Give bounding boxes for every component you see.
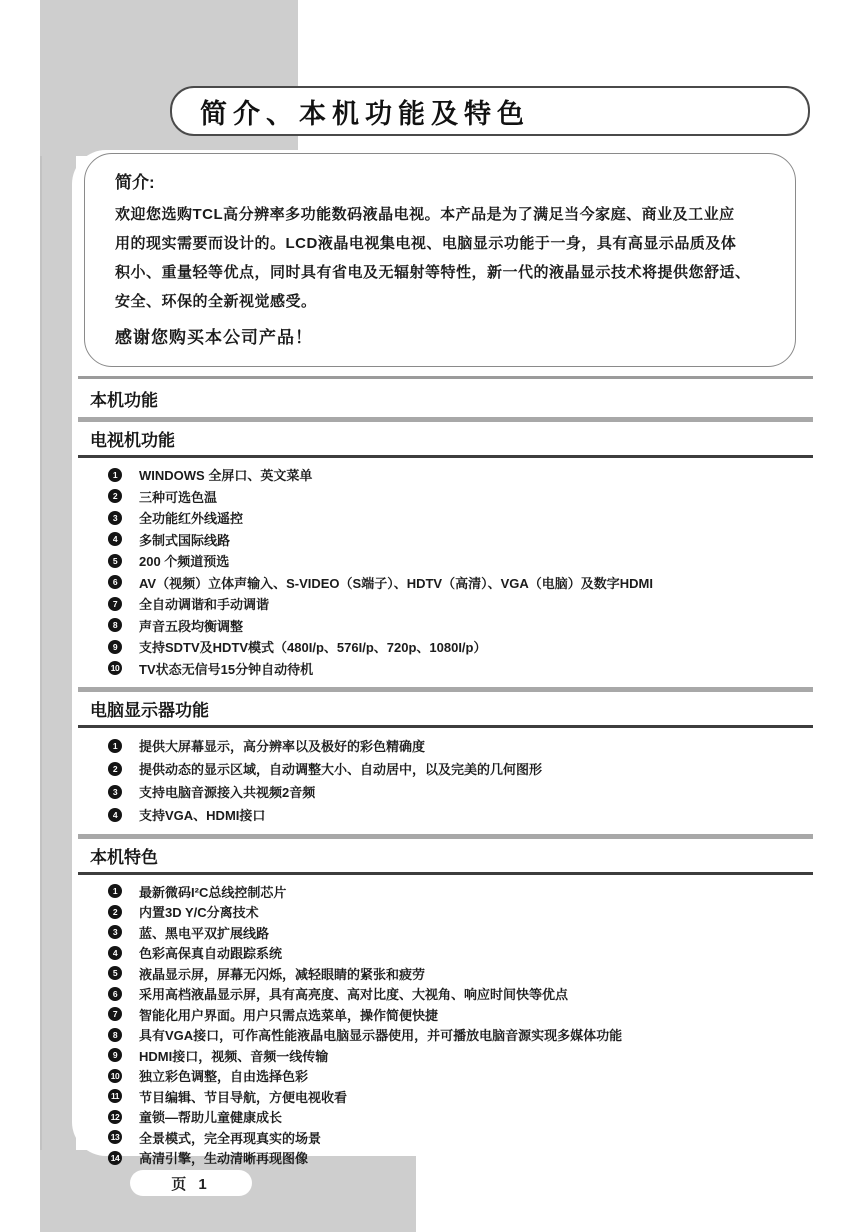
list-item-text: 支持SDTV及HDTV模式（480I/p、576I/p、720p、1080I/p… <box>139 637 486 656</box>
list-item: 8 声音五段均衡调整 <box>108 615 813 637</box>
list-item-text: 全自动调谐和手动调谐 <box>139 594 269 613</box>
list-item-text: 提供大屏幕显示，高分辨率以及极好的彩色精确度 <box>139 736 425 755</box>
numbered-bullet-icon: 9 <box>108 1048 122 1062</box>
list-item-text: 三种可选色温 <box>139 487 217 506</box>
list-item-text: 提供动态的显示区域，自动调整大小、自动居中，以及完美的几何图形 <box>139 759 542 778</box>
list-item: 7 智能化用户界面。用户只需点选菜单，操作简便快捷 <box>108 1004 813 1025</box>
list-item-text: AV（视频）立体声输入、S-VIDEO（S端子）、HDTV（高清）、VGA（电脑… <box>139 573 653 592</box>
page-gray-left-strip <box>40 0 76 1232</box>
numbered-bullet-icon: 7 <box>108 597 122 611</box>
numbered-bullet-icon: 6 <box>108 575 122 589</box>
list-item-text: 声音五段均衡调整 <box>139 616 243 635</box>
sections-area: 本机功能 电视机功能 1 WINDOWS 全屏口、英文菜单 2 三种可选色温 3… <box>78 376 813 1168</box>
intro-thanks-line: 感谢您购买本公司产品！ <box>115 323 769 348</box>
section-divider <box>78 872 813 875</box>
page-number-label: 页 1 <box>171 1173 211 1194</box>
intro-box: 简介: 欢迎您选购TCL高分辨率多功能数码液晶电视。本产品是为了满足当今家庭、商… <box>84 153 796 367</box>
numbered-bullet-icon: 8 <box>108 618 122 632</box>
numbered-bullet-icon: 12 <box>108 1110 122 1124</box>
numbered-bullet-icon: 13 <box>108 1130 122 1144</box>
numbered-bullet-icon: 5 <box>108 966 122 980</box>
list-item-text: 蓝、黑电平双扩展线路 <box>139 923 269 942</box>
numbered-bullet-icon: 6 <box>108 987 122 1001</box>
section-divider <box>78 725 813 728</box>
list-item: 5 200 个频道预选 <box>108 550 813 572</box>
numbered-bullet-icon: 3 <box>108 925 122 939</box>
list-item-text: 高清引擎，生动清晰再现图像 <box>139 1148 308 1167</box>
list-item: 8 具有VGA接口，可作高性能液晶电脑显示器使用，并可播放电脑音源实现多媒体功能 <box>108 1025 813 1046</box>
list-item: 2 三种可选色温 <box>108 486 813 508</box>
numbered-bullet-icon: 9 <box>108 640 122 654</box>
numbered-bullet-icon: 5 <box>108 554 122 568</box>
list-item: 1 WINDOWS 全屏口、英文菜单 <box>108 464 813 486</box>
section-header-overview: 本机功能 <box>78 379 813 417</box>
list-item-text: 全景模式，完全再现真实的场景 <box>139 1128 321 1147</box>
page-title-box: 简介、本机功能及特色 <box>170 86 810 136</box>
list-item-text: 节目编辑、节目导航，方便电视收看 <box>139 1087 347 1106</box>
list-item-text: 支持VGA、HDMI接口 <box>139 805 265 824</box>
numbered-bullet-icon: 3 <box>108 511 122 525</box>
features-list: 1 最新微码I²C总线控制芯片 2 内置3D Y/C分离技术 3 蓝、黑电平双扩… <box>78 881 813 1168</box>
list-item: 5 液晶显示屏，屏幕无闪烁，减轻眼睛的紧张和疲劳 <box>108 963 813 984</box>
list-item: 10 TV状态无信号15分钟自动待机 <box>108 658 813 680</box>
pc-feature-list: 1 提供大屏幕显示，高分辨率以及极好的彩色精确度 2 提供动态的显示区域，自动调… <box>78 734 813 826</box>
list-item-text: 智能化用户界面。用户只需点选菜单，操作简便快捷 <box>139 1005 438 1024</box>
numbered-bullet-icon: 4 <box>108 532 122 546</box>
list-item: 4 多制式国际线路 <box>108 529 813 551</box>
list-item-text: HDMI接口，视频、音频一线传输 <box>139 1046 328 1065</box>
list-item: 6 AV（视频）立体声输入、S-VIDEO（S端子）、HDTV（高清）、VGA（… <box>108 572 813 594</box>
numbered-bullet-icon: 3 <box>108 785 122 799</box>
list-item: 4 色彩高保真自动跟踪系统 <box>108 943 813 964</box>
numbered-bullet-icon: 2 <box>108 762 122 776</box>
list-item-text: TV状态无信号15分钟自动待机 <box>139 659 313 678</box>
list-item: 14 高清引擎，生动清晰再现图像 <box>108 1148 813 1169</box>
list-item: 7 全自动调谐和手动调谐 <box>108 593 813 615</box>
numbered-bullet-icon: 2 <box>108 489 122 503</box>
intro-paragraph-line: 欢迎您选购TCL高分辨率多功能数码液晶电视。本产品是为了满足当今家庭、商业及工业… <box>115 200 769 229</box>
list-item-text: 最新微码I²C总线控制芯片 <box>139 882 286 901</box>
page-number-pill: 页 1 <box>130 1170 252 1196</box>
list-item-text: 内置3D Y/C分离技术 <box>139 902 259 921</box>
section-divider <box>78 455 813 458</box>
intro-paragraph: 欢迎您选购TCL高分辨率多功能数码液晶电视。本产品是为了满足当今家庭、商业及工业… <box>115 200 769 316</box>
numbered-bullet-icon: 1 <box>108 884 122 898</box>
page-title: 简介、本机功能及特色 <box>172 92 530 131</box>
list-item: 10 独立彩色调整，自由选择色彩 <box>108 1066 813 1087</box>
list-item-text: WINDOWS 全屏口、英文菜单 <box>139 465 312 484</box>
numbered-bullet-icon: 4 <box>108 808 122 822</box>
numbered-bullet-icon: 1 <box>108 739 122 753</box>
list-item: 13 全景模式，完全再现真实的场景 <box>108 1127 813 1148</box>
numbered-bullet-icon: 4 <box>108 946 122 960</box>
section-header-tv: 电视机功能 <box>78 422 813 455</box>
intro-paragraph-line: 积小、重量轻等优点，同时具有省电及无辐射等特性，新一代的液晶显示技术将提供您舒适… <box>115 258 769 287</box>
tv-feature-list: 1 WINDOWS 全屏口、英文菜单 2 三种可选色温 3 全功能红外线遥控 4… <box>78 464 813 679</box>
list-item-text: 色彩高保真自动跟踪系统 <box>139 943 282 962</box>
list-item: 12 童锁—帮助儿童健康成长 <box>108 1107 813 1128</box>
numbered-bullet-icon: 11 <box>108 1089 122 1103</box>
list-item: 3 支持电脑音源接入共视频2音频 <box>108 780 813 803</box>
numbered-bullet-icon: 2 <box>108 905 122 919</box>
intro-heading: 简介: <box>115 168 769 193</box>
list-item: 3 全功能红外线遥控 <box>108 507 813 529</box>
list-item: 4 支持VGA、HDMI接口 <box>108 803 813 826</box>
list-item: 2 内置3D Y/C分离技术 <box>108 902 813 923</box>
list-item: 6 采用高档液晶显示屏，具有高亮度、高对比度、大视角、响应时间快等优点 <box>108 984 813 1005</box>
section-header-features: 本机特色 <box>78 839 813 872</box>
section-header-pc: 电脑显示器功能 <box>78 692 813 725</box>
numbered-bullet-icon: 10 <box>108 661 122 675</box>
list-item-text: 多制式国际线路 <box>139 530 230 549</box>
intro-paragraph-line: 安全、环保的全新视觉感受。 <box>115 287 769 316</box>
numbered-bullet-icon: 14 <box>108 1151 122 1165</box>
manual-page: 简介、本机功能及特色 简介: 欢迎您选购TCL高分辨率多功能数码液晶电视。本产品… <box>0 0 853 1232</box>
list-item-text: 200 个频道预选 <box>139 551 229 570</box>
list-item: 1 最新微码I²C总线控制芯片 <box>108 881 813 902</box>
list-item: 9 支持SDTV及HDTV模式（480I/p、576I/p、720p、1080I… <box>108 636 813 658</box>
list-item: 2 提供动态的显示区域，自动调整大小、自动居中，以及完美的几何图形 <box>108 757 813 780</box>
intro-paragraph-line: 用的现实需要而设计的。LCD液晶电视集电视、电脑显示功能于一身，具有高显示品质及… <box>115 229 769 258</box>
list-item-text: 支持电脑音源接入共视频2音频 <box>139 782 315 801</box>
list-item-text: 童锁—帮助儿童健康成长 <box>139 1107 282 1126</box>
list-item: 1 提供大屏幕显示，高分辨率以及极好的彩色精确度 <box>108 734 813 757</box>
list-item: 9 HDMI接口，视频、音频一线传输 <box>108 1045 813 1066</box>
numbered-bullet-icon: 10 <box>108 1069 122 1083</box>
numbered-bullet-icon: 7 <box>108 1007 122 1021</box>
list-item-text: 独立彩色调整，自由选择色彩 <box>139 1066 308 1085</box>
list-item-text: 全功能红外线遥控 <box>139 508 243 527</box>
list-item-text: 采用高档液晶显示屏，具有高亮度、高对比度、大视角、响应时间快等优点 <box>139 984 568 1003</box>
list-item-text: 液晶显示屏，屏幕无闪烁，减轻眼睛的紧张和疲劳 <box>139 964 425 983</box>
numbered-bullet-icon: 1 <box>108 468 122 482</box>
list-item-text: 具有VGA接口，可作高性能液晶电脑显示器使用，并可播放电脑音源实现多媒体功能 <box>139 1025 622 1044</box>
list-item: 11 节目编辑、节目导航，方便电视收看 <box>108 1086 813 1107</box>
list-item: 3 蓝、黑电平双扩展线路 <box>108 922 813 943</box>
numbered-bullet-icon: 8 <box>108 1028 122 1042</box>
